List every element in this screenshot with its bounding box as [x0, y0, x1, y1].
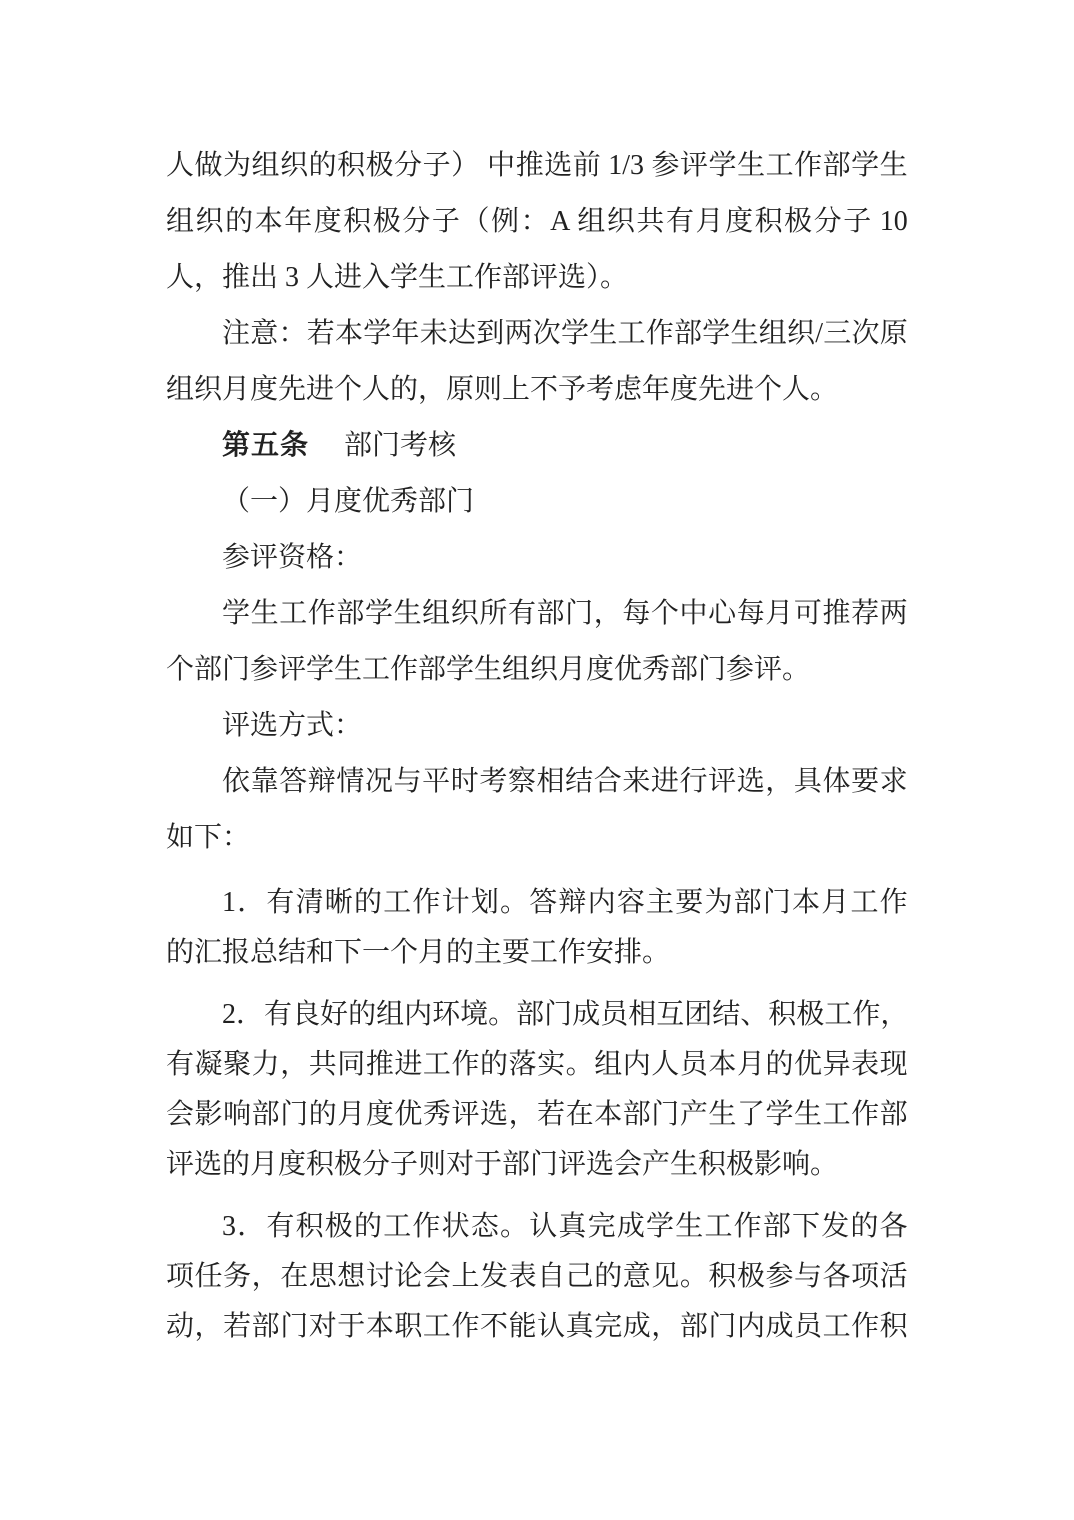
text-token: 未 — [420, 306, 448, 362]
text-token: 与 — [794, 1252, 822, 1302]
text-token: 工 — [850, 878, 878, 928]
text-token: 项 — [851, 1252, 879, 1302]
text-token: ， — [252, 1252, 280, 1302]
text-token: 合 — [594, 754, 622, 810]
text-token: 例 — [491, 194, 519, 250]
text-token: 讨 — [366, 1252, 394, 1302]
text-token: 己 — [566, 1252, 594, 1302]
text-token: 与 — [394, 754, 422, 810]
text-token: 作 — [734, 1202, 762, 1252]
text-line: 有凝聚力，共同推进工作的落实。组内人员本月的优异表现 — [166, 1040, 908, 1090]
text-token: 门 — [763, 878, 791, 928]
text-line: 组织月度先进个人的，原则上不予考虑年度先进个人。 — [166, 362, 908, 418]
text-token: 优 — [794, 1040, 822, 1090]
text-token: 考 — [479, 754, 507, 810]
text-token: 评 — [451, 1090, 479, 1140]
text-token: 见 — [651, 1252, 679, 1302]
text-token: 于 — [337, 1302, 365, 1352]
text-line: 3．有积极的工作状态。认真完成学生工作部下发的各 — [166, 1202, 908, 1252]
text-token: ， — [509, 1090, 537, 1140]
text-token: 表 — [509, 1252, 537, 1302]
text-token: 会 — [423, 1252, 451, 1302]
text-token: 项 — [166, 1252, 194, 1302]
text-token: 学 — [363, 306, 391, 362]
text-token: 在 — [280, 1252, 308, 1302]
text-token: 主 — [646, 878, 674, 928]
text-token: 积 — [880, 1302, 908, 1352]
text-token: 求 — [880, 754, 908, 810]
text-line: 注意：若本学年未达到两次学生工作部学生组织/三次原 — [166, 306, 908, 362]
text-token: 部 — [516, 990, 544, 1040]
text-token: 评 — [708, 754, 736, 810]
text-token: 织 — [451, 586, 479, 642]
text-token: 部 — [674, 306, 702, 362]
text-token: 在 — [566, 1090, 594, 1140]
text-token: ： — [279, 306, 307, 362]
text-token: 生 — [880, 138, 908, 194]
text-token: ． — [237, 1202, 265, 1252]
text-token: 生 — [794, 1090, 822, 1140]
text-token: 的 — [309, 138, 337, 194]
text-token: 表 — [851, 1040, 879, 1090]
text-token: 子 — [423, 138, 451, 194]
text-token: 靠 — [251, 754, 279, 810]
text-token: 要 — [675, 878, 703, 928]
text-token: 次 — [852, 306, 880, 362]
text-token: 本 — [255, 194, 283, 250]
text-token: 积 — [755, 194, 783, 250]
text-token: 子 — [843, 194, 871, 250]
text-token: 的 — [594, 1252, 622, 1302]
text-token: 选 — [480, 1090, 508, 1140]
text-token: 辩 — [308, 754, 336, 810]
text-token: 态 — [471, 1202, 499, 1252]
text-token: 本 — [708, 1040, 736, 1090]
text-token: 3 — [222, 1202, 236, 1252]
text-token: 达 — [448, 306, 476, 362]
text-token: 学 — [851, 138, 879, 194]
text-token: 若 — [223, 1302, 251, 1352]
text-token: 结 — [565, 754, 593, 810]
text-token: 进 — [651, 754, 679, 810]
text-token: 为 — [223, 138, 251, 194]
clause-number: 第五条 — [222, 430, 309, 461]
text-token: 组 — [376, 990, 404, 1040]
text-token: 各 — [823, 1252, 851, 1302]
text-token: 完 — [594, 1302, 622, 1352]
text-token: 若 — [537, 1090, 565, 1140]
text-token: ， — [594, 586, 622, 642]
text-token: 任 — [195, 1252, 223, 1302]
text-token: 行 — [680, 754, 708, 810]
text-token: 评 — [680, 138, 708, 194]
text-token: 人 — [651, 1040, 679, 1090]
document-content: 人做为组织的积极分子） 中推选前 1/3 参评学生工作部学生组织的本年度积极分子… — [166, 138, 908, 1352]
text-token: 作 — [308, 586, 336, 642]
text-token: 三 — [823, 306, 851, 362]
text-token: 荐 — [851, 586, 879, 642]
text-token: 个 — [651, 586, 679, 642]
text-token: 结 — [712, 990, 740, 1040]
text-token: 组 — [422, 586, 450, 642]
text-token: 学 — [365, 586, 393, 642]
text-token: 相 — [628, 990, 656, 1040]
text-token: 容 — [617, 878, 645, 928]
text-line: 项任务，在思想讨论会上发表自己的意见。积极参与各项活 — [166, 1252, 908, 1302]
text-line: 会影响部门的月度优秀评选，若在本部门产生了学生工作部 — [166, 1090, 908, 1140]
text-line: 人做为组织的积极分子） 中推选前 1/3 参评学生工作部学生 — [166, 138, 908, 194]
text-token: 共 — [636, 194, 664, 250]
paragraph: 2．有良好的组内环境。部门成员相互团结、积极工作，有凝聚力，共同推进工作的落实。… — [166, 990, 908, 1190]
text-token: 工 — [423, 1302, 451, 1352]
paragraph: 依靠答辩情况与平时考察相结合来进行评选，具体要求如下： — [166, 754, 908, 866]
text-token: 体 — [822, 754, 850, 810]
text-token: 月 — [696, 194, 724, 250]
text-line: 组织的本年度积极分子（例：A 组织共有月度积极分子 10 — [166, 194, 908, 250]
text-token: 发 — [480, 1252, 508, 1302]
text-token: ． — [236, 990, 264, 1040]
text-token: A — [550, 194, 576, 250]
text-token: 极 — [737, 1252, 765, 1302]
text-token: 境 — [460, 990, 488, 1040]
text-token: （ — [461, 194, 489, 250]
text-token: 工 — [279, 586, 307, 642]
text-token: 员 — [600, 990, 628, 1040]
text-token: 推 — [366, 1040, 394, 1090]
text-token: 发 — [821, 1202, 849, 1252]
text-token: 门 — [651, 1090, 679, 1140]
text-line: 的汇报总结和下一个月的主要工作安排。 — [166, 928, 908, 978]
text-token: 有 — [266, 878, 294, 928]
text-token: ， — [280, 1040, 308, 1090]
text-token: 组 — [166, 194, 194, 250]
text-token: 、 — [740, 990, 768, 1040]
paragraph: 学生工作部学生组织所有部门，每个中心每月可推荐两个部门参评学生工作部学生组织月度… — [166, 586, 908, 698]
text-token: 组 — [594, 1040, 622, 1090]
text-token: 学 — [646, 1202, 674, 1252]
text-token: 的 — [850, 1202, 878, 1252]
text-token: 的 — [480, 1040, 508, 1090]
text-token: 现 — [880, 1040, 908, 1090]
text-token: 作 — [412, 1202, 440, 1252]
text-token: 部 — [336, 586, 364, 642]
text-token: 年 — [284, 194, 312, 250]
text-token: 生 — [708, 1090, 736, 1140]
paragraph: 1．有清晰的工作计划。答辩内容主要为部门本月工作的汇报总结和下一个月的主要工作安… — [166, 878, 908, 978]
text-token: 互 — [656, 990, 684, 1040]
text-token: 所 — [479, 586, 507, 642]
text-token: 思 — [309, 1252, 337, 1302]
text-token: 良 — [292, 990, 320, 1040]
text-token: 进 — [394, 1040, 422, 1090]
text-token: 清 — [296, 878, 324, 928]
text-token: 工 — [383, 1202, 411, 1252]
text-token: 次 — [533, 306, 561, 362]
text-token: 晰 — [325, 878, 353, 928]
text-token: 前 — [573, 138, 601, 194]
text-token: 推 — [516, 138, 544, 194]
text-token: 的 — [354, 878, 382, 928]
text-token: 工 — [824, 990, 852, 1040]
text-token: ， — [765, 754, 793, 810]
text-token: 来 — [622, 754, 650, 810]
text-token: 意 — [250, 306, 278, 362]
text-token: 度 — [725, 194, 753, 250]
text-token: 察 — [508, 754, 536, 810]
text-token: 聚 — [223, 1040, 251, 1090]
text-token: 为 — [704, 878, 732, 928]
text-line: 参评资格： — [166, 530, 908, 586]
text-token: 论 — [394, 1252, 422, 1302]
text-token: 况 — [365, 754, 393, 810]
text-token: 情 — [336, 754, 364, 810]
text-token: 极 — [373, 194, 401, 250]
paragraph: （一）月度优秀部门 — [166, 474, 908, 530]
text-token: 每 — [622, 586, 650, 642]
text-token: 力 — [252, 1040, 280, 1090]
text-token: 响 — [223, 1090, 251, 1140]
text-token: 部 — [537, 586, 565, 642]
text-token: 极 — [784, 194, 812, 250]
text-token: 的 — [348, 990, 376, 1040]
text-token: 优 — [394, 1090, 422, 1140]
text-token: 有 — [666, 194, 694, 250]
text-token: 答 — [279, 754, 307, 810]
text-token: 注 — [222, 306, 250, 362]
text-token: 团 — [684, 990, 712, 1040]
text-token: 自 — [537, 1252, 565, 1302]
text-token: 内 — [623, 1040, 651, 1090]
text-token: 门 — [280, 1302, 308, 1352]
text-token: 秀 — [423, 1090, 451, 1140]
text-token: 成 — [623, 1302, 651, 1352]
text-token: 职 — [394, 1302, 422, 1352]
text-token: 本 — [792, 878, 820, 928]
text-token: 实 — [537, 1040, 565, 1090]
text-token: 生 — [731, 306, 759, 362]
text-token: 心 — [708, 586, 736, 642]
text-token: 分 — [814, 194, 842, 250]
clause-title: 部门考核 — [344, 430, 456, 461]
text-token: 本 — [366, 1302, 394, 1352]
text-token: 。 — [500, 878, 528, 928]
text-token: 的 — [309, 1090, 337, 1140]
text-token: 月 — [765, 586, 793, 642]
text-token: 成 — [572, 990, 600, 1040]
text-token: 有 — [508, 586, 536, 642]
text-token: 极 — [325, 1202, 353, 1252]
text-token: 选 — [737, 754, 765, 810]
text-token: 作 — [851, 1090, 879, 1140]
text-token: 内 — [404, 990, 432, 1040]
text-token: 度 — [314, 194, 342, 250]
text-line: 1．有清晰的工作计划。答辩内容主要为部门本月工作 — [166, 878, 908, 928]
text-token: 分 — [394, 138, 422, 194]
text-token: 。 — [500, 1202, 528, 1252]
text-token: 作 — [451, 1302, 479, 1352]
text-token: 组 — [252, 138, 280, 194]
text-token: 能 — [509, 1302, 537, 1352]
text-token: 具 — [794, 754, 822, 810]
text-line: 动，若部门对于本职工作不能认真完成，部门内成员工作积 — [166, 1302, 908, 1352]
text-token: 本 — [594, 1090, 622, 1140]
text-token: 下 — [792, 1202, 820, 1252]
text-token: 成 — [617, 1202, 645, 1252]
text-token: 平 — [422, 754, 450, 810]
text-token: 会 — [166, 1090, 194, 1140]
text-token: 参 — [652, 138, 680, 194]
text-token: 极 — [796, 990, 824, 1040]
text-token: 积 — [296, 1202, 324, 1252]
text-token: 。 — [566, 1040, 594, 1090]
text-token: 务 — [223, 1252, 251, 1302]
text-line: 评选方式： — [166, 698, 908, 754]
text-token: 门 — [565, 586, 593, 642]
text-token: 作 — [880, 878, 908, 928]
text-token: ． — [237, 878, 265, 928]
text-token: ： — [521, 194, 549, 250]
text-token: 工 — [766, 138, 794, 194]
text-token: 内 — [588, 878, 616, 928]
text-token: 作 — [794, 138, 822, 194]
text-token: 工 — [618, 306, 646, 362]
text-token: 作 — [412, 878, 440, 928]
text-token: 织 — [280, 138, 308, 194]
text-token: 内 — [737, 1302, 765, 1352]
text-line: 依靠答辩情况与平时考察相结合来进行评选，具体要求 — [166, 754, 908, 810]
text-token: 答 — [529, 878, 557, 928]
text-token — [480, 138, 487, 194]
text-token: 门 — [708, 1302, 736, 1352]
text-token: 有 — [264, 990, 292, 1040]
text-token: 动 — [166, 1302, 194, 1352]
text-token: 不 — [480, 1302, 508, 1352]
text-token: 门 — [280, 1090, 308, 1140]
text-token: 2 — [222, 990, 236, 1040]
text-token: 凝 — [195, 1040, 223, 1090]
text-token: 积 — [708, 1252, 736, 1302]
paragraph: 3．有积极的工作状态。认真完成学生工作部下发的各项任务，在思想讨论会上发表自己的… — [166, 1202, 908, 1352]
text-token: 1/3 — [601, 138, 651, 194]
text-token: 计 — [442, 878, 470, 928]
text-token: 生 — [589, 306, 617, 362]
text-token: 依 — [222, 754, 250, 810]
text-line: 个部门参评学生工作部学生组织月度优秀部门参评。 — [166, 642, 908, 698]
text-token: ， — [651, 1302, 679, 1352]
text-token: 可 — [794, 586, 822, 642]
text-token: 部 — [734, 878, 762, 928]
text-token: 两 — [880, 586, 908, 642]
text-token: 完 — [588, 1202, 616, 1252]
text-token: 时 — [451, 754, 479, 810]
text-token: 的 — [225, 194, 253, 250]
text-token: / — [815, 306, 823, 362]
paragraph: 注意：若本学年未达到两次学生工作部学生组织/三次原组织月度先进个人的，原则上不予… — [166, 306, 908, 418]
text-line: 评选的月度积极分子则对于部门评选会产生积极影响。 — [166, 1140, 908, 1190]
text-token: 要 — [851, 754, 879, 810]
paragraph: 人做为组织的积极分子） 中推选前 1/3 参评学生工作部学生组织的本年度积极分子… — [166, 138, 908, 306]
text-token: 部 — [680, 1302, 708, 1352]
text-token: 作 — [451, 1040, 479, 1090]
text-token: 月 — [737, 1040, 765, 1090]
text-token: 年 — [392, 306, 420, 362]
text-token: 有 — [266, 1202, 294, 1252]
text-token: 每 — [737, 586, 765, 642]
text-token: 产 — [680, 1090, 708, 1140]
text-token: 的 — [354, 1202, 382, 1252]
text-token: 本 — [335, 306, 363, 362]
text-token: 1 — [222, 878, 236, 928]
text-token: 选 — [544, 138, 572, 194]
text-token: 作 — [852, 990, 880, 1040]
text-token: 积 — [768, 990, 796, 1040]
text-token: ） — [451, 138, 479, 194]
text-token: 学 — [702, 306, 730, 362]
text-token: 参 — [765, 1252, 793, 1302]
text-token: 部 — [623, 1090, 651, 1140]
text-token: 真 — [566, 1302, 594, 1352]
text-token: 织 — [196, 194, 224, 250]
text-token: 对 — [309, 1302, 337, 1352]
text-token: 辩 — [558, 878, 586, 928]
text-token: 。 — [680, 1252, 708, 1302]
document-page: 人做为组织的积极分子） 中推选前 1/3 参评学生工作部学生组织的本年度积极分子… — [0, 0, 1074, 1520]
text-token: 织 — [787, 306, 815, 362]
text-line: 学生工作部学生组织所有部门，每个中心每月可推荐两 — [166, 586, 908, 642]
text-token: 组 — [577, 194, 605, 250]
text-token: 积 — [343, 194, 371, 250]
text-token: 部 — [252, 1090, 280, 1140]
paragraph: 参评资格： — [166, 530, 908, 586]
text-token: 月 — [821, 878, 849, 928]
text-token: 生 — [675, 1202, 703, 1252]
text-token: 人 — [166, 138, 194, 194]
text-token: 员 — [794, 1302, 822, 1352]
text-token: 意 — [623, 1252, 651, 1302]
text-token: 两 — [505, 306, 533, 362]
text-token: ， — [880, 990, 908, 1040]
text-token: 生 — [251, 586, 279, 642]
text-token: 做 — [195, 138, 223, 194]
text-token: 积 — [337, 138, 365, 194]
text-token: 共 — [309, 1040, 337, 1090]
text-token: ， — [195, 1302, 223, 1352]
text-token: 织 — [607, 194, 635, 250]
text-token: 作 — [851, 1302, 879, 1352]
text-token: 部 — [880, 1090, 908, 1140]
text-line: 如下： — [166, 810, 908, 866]
text-token: 工 — [823, 1090, 851, 1140]
text-token: 子 — [432, 194, 460, 250]
text-token: 认 — [537, 1302, 565, 1352]
text-token: 度 — [366, 1090, 394, 1140]
text-token: 员 — [680, 1040, 708, 1090]
text-token: 成 — [765, 1302, 793, 1352]
text-token: 月 — [337, 1090, 365, 1140]
text-token: 推 — [822, 586, 850, 642]
text-token: 。 — [488, 990, 516, 1040]
text-token: 好 — [320, 990, 348, 1040]
text-token: 工 — [423, 1040, 451, 1090]
text-token: 学 — [561, 306, 589, 362]
text-token: 学 — [222, 586, 250, 642]
text-line: 2．有良好的组内环境。部门成员相互团结、积极工作， — [166, 990, 908, 1040]
text-token: 部 — [763, 1202, 791, 1252]
text-token: 部 — [252, 1302, 280, 1352]
paragraph: 评选方式： — [166, 698, 908, 754]
text-token: 作 — [646, 306, 674, 362]
text-token: 工 — [704, 1202, 732, 1252]
